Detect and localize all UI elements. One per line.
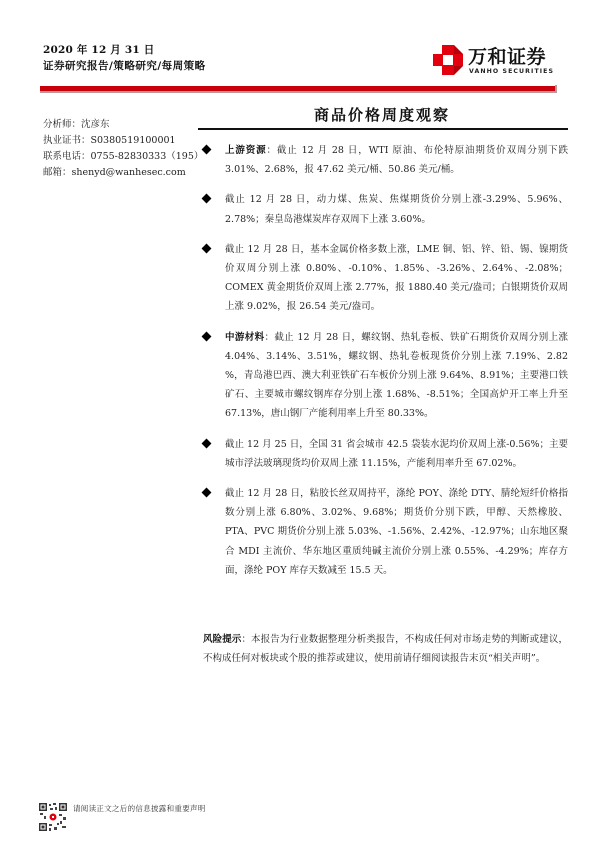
analyst-email[interactable]: 邮箱：shenyd@wanhesec.com (43, 165, 203, 181)
bullet-text: ：截止 12 月 28 日，螺纹钢、热轧卷板、铁矿石期货价双周分别上涨 4.04… (225, 332, 568, 420)
bullet-metals: 截止 12 月 28 日，基本金属价格多数上涨，LME 铜、铝、锌、铅、锡、镍期… (203, 240, 568, 317)
bullet-lead: 上游资源 (225, 145, 267, 156)
bullet-text: 截止 12 月 28 日，粘胶长丝双周持平，涤纶 POY、涤纶 DTY、腈纶短纤… (225, 488, 568, 576)
analyst-license: 执业证书：S0380519100001 (43, 133, 203, 149)
bullet-chemicals: 截止 12 月 28 日，粘胶长丝双周持平，涤纶 POY、涤纶 DTY、腈纶短纤… (203, 484, 568, 580)
bullet-midstream-steel: 中游材料：截止 12 月 28 日，螺纹钢、热轧卷板、铁矿石期货价双周分别上涨 … (203, 328, 568, 424)
bullet-lead: 中游材料 (225, 332, 264, 343)
bullet-cement-glass: 截止 12 月 25 日，全国 31 省会城市 42.5 袋装水泥均价双周上涨-… (203, 435, 568, 473)
analyst-info: 分析师：沈彦东 执业证书：S0380519100001 联系电话：0755-82… (43, 117, 203, 181)
bullet-text: ：截止 12 月 28 日，WTI 原油、布伦特原油期货价双周分别下跌 3.01… (225, 145, 568, 175)
report-date: 2020 年 12 月 31 日 (43, 42, 154, 57)
bullet-diamond-icon (202, 243, 212, 253)
bullet-text: 截止 12 月 28 日，动力煤、焦炭、焦煤期货价分别上涨-3.29%、5.96… (225, 194, 568, 224)
bullet-diamond-icon (202, 438, 212, 448)
analyst-name: 分析师：沈彦东 (43, 117, 203, 133)
qr-code-icon[interactable] (38, 802, 68, 832)
analyst-phone: 联系电话：0755-82830333（195） (43, 149, 203, 165)
report-title: 商品价格周度观察 (196, 104, 568, 125)
bullet-diamond-icon (202, 194, 212, 204)
risk-text: ：本报告为行业数据整理分析类报告，不构成任何对市场走势的判断或建议，不构成任何对… (203, 634, 568, 664)
report-category: 证券研究报告/策略研究/每周策略 (43, 58, 206, 73)
header-divider-shadow (40, 91, 557, 93)
title-rule (198, 128, 568, 130)
risk-lead: 风险提示 (203, 634, 241, 645)
header-divider-edge (555, 85, 557, 93)
bullet-upstream-oil: 上游资源：截止 12 月 28 日，WTI 原油、布伦特原油期货价双周分别下跌 … (203, 141, 568, 179)
brand-name-en: VANHO SECURITIES (469, 68, 554, 75)
bullet-text: 截止 12 月 25 日，全国 31 省会城市 42.5 袋装水泥均价双周上涨-… (225, 439, 568, 469)
logo-mark-icon (432, 43, 464, 77)
bullet-diamond-icon (202, 145, 212, 155)
footer-disclaimer: 请阅读正文之后的信息披露和重要声明 (73, 803, 206, 814)
summary-bullets: 上游资源：截止 12 月 28 日，WTI 原油、布伦特原油期货价双周分别下跌 … (203, 141, 568, 591)
risk-notice: 风险提示：本报告为行业数据整理分析类报告，不构成任何对市场走势的判断或建议，不构… (203, 630, 568, 668)
brand-logo: 万和证券 VANHO SECURITIES (432, 40, 582, 85)
bullet-diamond-icon (202, 331, 212, 341)
bullet-diamond-icon (202, 488, 212, 498)
brand-name-cn: 万和证券 (468, 42, 546, 69)
bullet-coal: 截止 12 月 28 日，动力煤、焦炭、焦煤期货价分别上涨-3.29%、5.96… (203, 190, 568, 228)
bullet-text: 截止 12 月 28 日，基本金属价格多数上涨，LME 铜、铝、锌、铅、锡、镍期… (225, 244, 568, 313)
